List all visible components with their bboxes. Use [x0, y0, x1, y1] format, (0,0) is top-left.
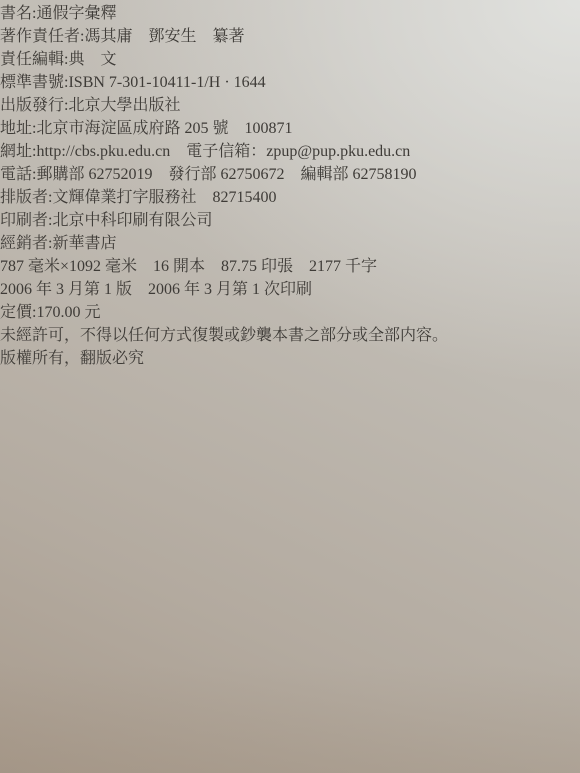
field-value: 郵購部 62752019 發行部 62750672 編輯部 62758190 [36, 166, 416, 183]
row-address: 地址:北京市海淀區成府路 205 號 100871 [0, 115, 580, 138]
field-value: 北京市海淀區成府路 205 號 100871 [36, 120, 292, 137]
field-value: ISBN 7-301-10411-1/H · 1644 [68, 74, 265, 91]
row-phone: 電話:郵購部 62752019 發行部 62750672 編輯部 6275819… [0, 161, 580, 184]
row-distributor: 經銷者:新華書店 [0, 230, 580, 253]
field-value: 新華書店 [52, 235, 116, 252]
colophon-block: 書名:通假字彙釋 著作責任者:馮其庸 鄧安生 纂著 責任編輯:典 文 標準書號:… [0, 0, 580, 322]
spec-line: 787 毫米×1092 毫米 16 開本 87.75 印張 2177 千字 [0, 258, 377, 275]
copyright-line: 版權所有，翻版必究 [0, 345, 580, 368]
field-value: 北京中科印刷有限公司 [52, 212, 212, 229]
row-publisher: 出版發行:北京大學出版社 [0, 92, 580, 115]
field-value: 典 文 [68, 51, 116, 68]
notice-line: 未經許可，不得以任何方式復製或鈔襲本書之部分或全部内容。 [0, 322, 580, 345]
field-value: 馮其庸 鄧安生 纂著 [84, 28, 244, 45]
row-price: 定價:170.00 元 [0, 299, 580, 322]
row-typesetter: 排版者:文輝偉業打字服務社 82715400 [0, 184, 580, 207]
footer-block: 未經許可，不得以任何方式復製或鈔襲本書之部分或全部内容。 版權所有，翻版必究 [0, 322, 580, 368]
spec-line: 2006 年 3 月第 1 版 2006 年 3 月第 1 次印刷 [0, 281, 312, 298]
book-colophon-page: 書名:通假字彙釋 著作責任者:馮其庸 鄧安生 纂著 責任編輯:典 文 標準書號:… [0, 0, 580, 773]
field-value: http://cbs.pku.edu.cn 電子信箱：zpup@pup.pku.… [36, 143, 410, 160]
row-format-spec: 787 毫米×1092 毫米 16 開本 87.75 印張 2177 千字 [0, 253, 580, 276]
page-edge-shadow [0, 0, 18, 773]
field-value: 北京大學出版社 [68, 97, 180, 114]
field-value: 170.00 元 [36, 304, 100, 321]
row-website-email: 網址:http://cbs.pku.edu.cn 電子信箱：zpup@pup.p… [0, 138, 580, 161]
row-authors: 著作責任者:馮其庸 鄧安生 纂著 [0, 23, 580, 46]
row-isbn: 標準書號:ISBN 7-301-10411-1/H · 1644 [0, 69, 580, 92]
row-book-title: 書名:通假字彙釋 [0, 0, 580, 23]
field-value: 通假字彙釋 [36, 5, 116, 22]
field-value: 文輝偉業打字服務社 82715400 [52, 189, 276, 206]
row-edition-spec: 2006 年 3 月第 1 版 2006 年 3 月第 1 次印刷 [0, 276, 580, 299]
row-editor: 責任編輯:典 文 [0, 46, 580, 69]
row-printer: 印刷者:北京中科印刷有限公司 [0, 207, 580, 230]
